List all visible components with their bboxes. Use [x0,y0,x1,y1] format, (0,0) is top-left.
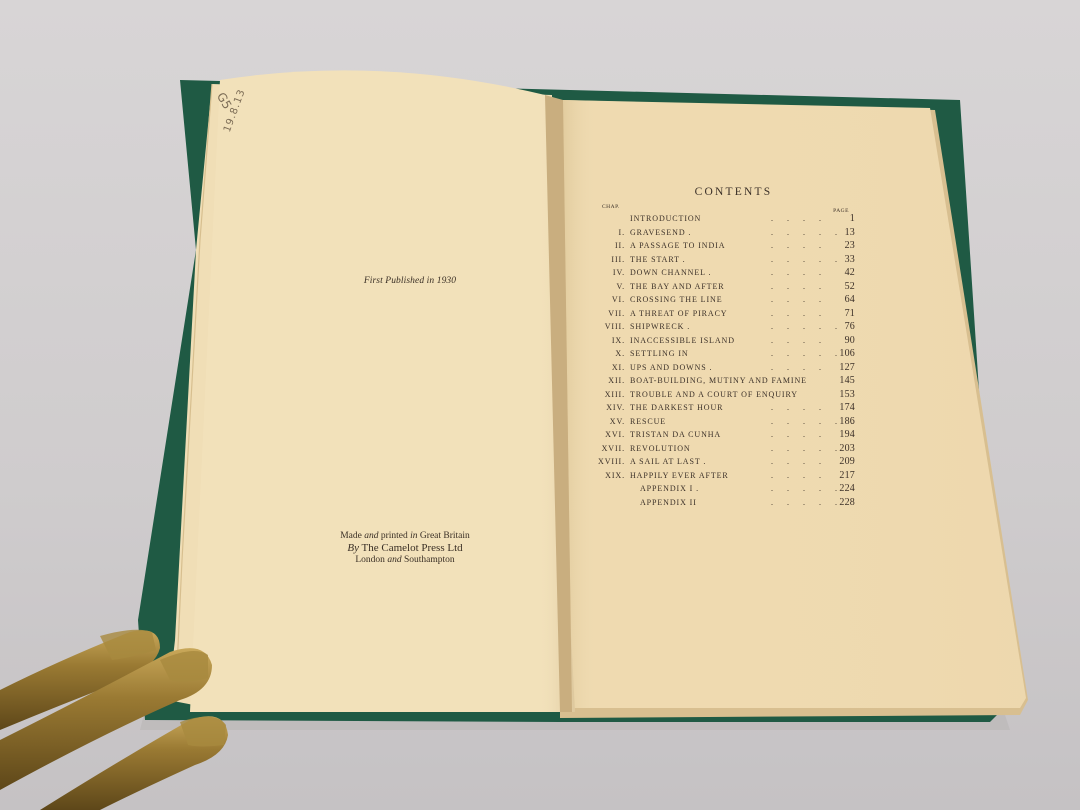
photo-scene: G5 19.8.13 First Published in 1930 Made … [0,0,1080,810]
mannequin-hand [0,0,1080,810]
